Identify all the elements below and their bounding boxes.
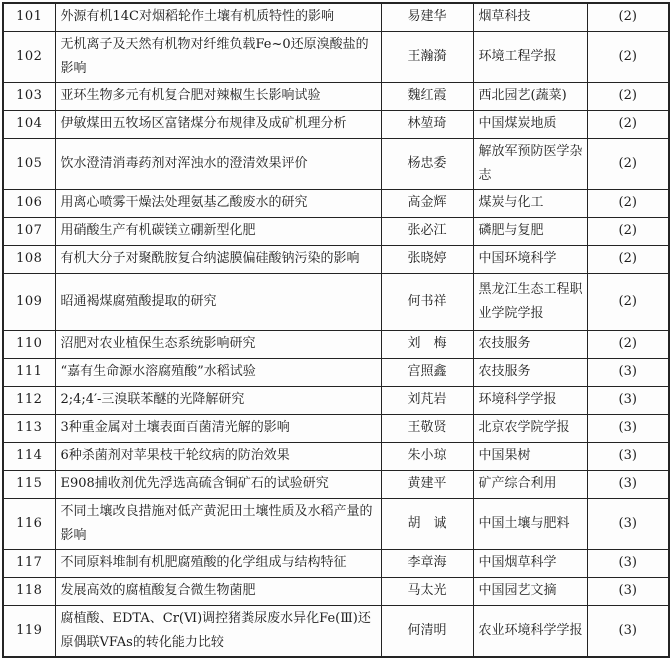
author-cell: 王敬贤 [381,414,473,442]
article-title-cell: 2;4;4′-三溴联苯醚的光降解研究 [55,386,381,414]
citation-count-cell: (3) [587,577,669,605]
author-cell: 李章海 [381,549,473,577]
journal-cell: 中国煤炭地质 [473,110,587,138]
author-cell: 何书祥 [381,273,473,330]
row-number-cell: 106 [3,189,55,217]
table-row: 114 6种杀菌剂对苹果枝干轮纹病的防治效果 朱小琼 中国果树 (3) [3,442,669,470]
row-number-cell: 113 [3,414,55,442]
journal-cell: 中国环境科学 [473,245,587,273]
articles-table-body: 101 外源有机14C对烟稻轮作土壤有机质特性的影响 易建华 烟草科技 (2) … [3,3,669,657]
article-title-cell: 沼肥对农业植保生态系统影响研究 [55,330,381,358]
journal-cell: 环境科学学报 [473,386,587,414]
article-title-cell: “嘉有生命源水溶腐殖酸”水稻试验 [55,358,381,386]
row-number-cell: 111 [3,358,55,386]
journal-cell: 农业环境科学学报 [473,605,587,657]
article-title-cell: 伊敏煤田五牧场区富锗煤分布规律及成矿机理分析 [55,110,381,138]
journal-cell: 黑龙江生态工程职业学院学报 [473,273,587,330]
citation-count-cell: (2) [587,189,669,217]
table-row: 111 “嘉有生命源水溶腐殖酸”水稻试验 宫照鑫 农技服务 (3) [3,358,669,386]
table-row: 101 外源有机14C对烟稻轮作土壤有机质特性的影响 易建华 烟草科技 (2) [3,3,669,31]
row-number-cell: 105 [3,138,55,189]
citation-count-cell: (2) [587,110,669,138]
article-title-cell: 无机离子及天然有机物对纤维负载Fe~0还原溴酸盐的影响 [55,31,381,82]
row-number-cell: 107 [3,217,55,245]
author-cell: 刘 梅 [381,330,473,358]
citation-count-cell: (3) [587,498,669,549]
citation-count-cell: (2) [587,82,669,110]
journal-cell: 农技服务 [473,358,587,386]
row-number-cell: 104 [3,110,55,138]
citation-count-cell: (3) [587,549,669,577]
row-number-cell: 116 [3,498,55,549]
article-title-cell: 用硝酸生产有机碳镁立硼新型化肥 [55,217,381,245]
article-title-cell: E908捕收剂优先浮选高硫含铜矿石的试验研究 [55,470,381,498]
row-number-cell: 118 [3,577,55,605]
article-title-cell: 不同土壤改良措施对低产黄泥田土壤性质及水稻产量的影响 [55,498,381,549]
journal-cell: 烟草科技 [473,3,587,31]
article-title-cell: 腐植酸、EDTA、Cr(Ⅵ)调控猪粪尿废水异化Fe(Ⅲ)还原偶联VFAs的转化能… [55,605,381,657]
author-cell: 易建华 [381,3,473,31]
journal-cell: 矿产综合利用 [473,470,587,498]
author-cell: 黄建平 [381,470,473,498]
row-number-cell: 114 [3,442,55,470]
citation-count-cell: (2) [587,217,669,245]
table-row: 105 饮水澄清消毒药剂对浑浊水的澄清效果评价 杨忠委 解放军预防医学杂志 (2… [3,138,669,189]
table-row: 108 有机大分子对聚酰胺复合纳滤膜偏硅酸钠污染的影响 张晓婷 中国环境科学 (… [3,245,669,273]
journal-cell: 解放军预防医学杂志 [473,138,587,189]
table-row: 109 昭通褐煤腐殖酸提取的研究 何书祥 黑龙江生态工程职业学院学报 (2) [3,273,669,330]
author-cell: 林堃琦 [381,110,473,138]
author-cell: 刘芃岩 [381,386,473,414]
table-row: 112 2;4;4′-三溴联苯醚的光降解研究 刘芃岩 环境科学学报 (3) [3,386,669,414]
article-title-cell: 3种重金属对土壤表面百菌清光解的影响 [55,414,381,442]
article-title-cell: 发展高效的腐植酸复合微生物菌肥 [55,577,381,605]
citation-count-cell: (2) [587,3,669,31]
row-number-cell: 109 [3,273,55,330]
table-row: 102 无机离子及天然有机物对纤维负载Fe~0还原溴酸盐的影响 王瀚漪 环境工程… [3,31,669,82]
article-title-cell: 饮水澄清消毒药剂对浑浊水的澄清效果评价 [55,138,381,189]
citation-count-cell: (3) [587,386,669,414]
article-title-cell: 6种杀菌剂对苹果枝干轮纹病的防治效果 [55,442,381,470]
author-cell: 宫照鑫 [381,358,473,386]
journal-cell: 磷肥与复肥 [473,217,587,245]
journal-cell: 中国园艺文摘 [473,577,587,605]
table-row: 103 亚环生物多元有机复合肥对辣椒生长影响试验 魏红霞 西北园艺(蔬菜) (2… [3,82,669,110]
table-row: 104 伊敏煤田五牧场区富锗煤分布规律及成矿机理分析 林堃琦 中国煤炭地质 (2… [3,110,669,138]
article-title-cell: 有机大分子对聚酰胺复合纳滤膜偏硅酸钠污染的影响 [55,245,381,273]
journal-cell: 环境工程学报 [473,31,587,82]
table-row: 106 用离心喷雾干燥法处理氨基乙酸废水的研究 高金辉 煤炭与化工 (2) [3,189,669,217]
citation-count-cell: (2) [587,245,669,273]
row-number-cell: 117 [3,549,55,577]
author-cell: 何清明 [381,605,473,657]
author-cell: 杨忠委 [381,138,473,189]
journal-cell: 农技服务 [473,330,587,358]
table-row: 113 3种重金属对土壤表面百菌清光解的影响 王敬贤 北京农学院学报 (3) [3,414,669,442]
citation-count-cell: (3) [587,442,669,470]
row-number-cell: 115 [3,470,55,498]
author-cell: 马太光 [381,577,473,605]
author-cell: 张晓婷 [381,245,473,273]
scanned-document-page: 101 外源有机14C对烟稻轮作土壤有机质特性的影响 易建华 烟草科技 (2) … [0,0,670,596]
citation-count-cell: (3) [587,358,669,386]
article-title-cell: 不同原料堆制有机肥腐殖酸的化学组成与结构特征 [55,549,381,577]
author-cell: 朱小琼 [381,442,473,470]
table-row: 110 沼肥对农业植保生态系统影响研究 刘 梅 农技服务 (2) [3,330,669,358]
article-title-cell: 亚环生物多元有机复合肥对辣椒生长影响试验 [55,82,381,110]
citation-count-cell: (3) [587,605,669,657]
table-row: 115 E908捕收剂优先浮选高硫含铜矿石的试验研究 黄建平 矿产综合利用 (3… [3,470,669,498]
journal-cell: 中国土壤与肥料 [473,498,587,549]
article-title-cell: 用离心喷雾干燥法处理氨基乙酸废水的研究 [55,189,381,217]
row-number-cell: 108 [3,245,55,273]
author-cell: 张必江 [381,217,473,245]
author-cell: 魏红霞 [381,82,473,110]
row-number-cell: 119 [3,605,55,657]
citation-count-cell: (2) [587,273,669,330]
journal-cell: 北京农学院学报 [473,414,587,442]
row-number-cell: 101 [3,3,55,31]
journal-cell: 中国果树 [473,442,587,470]
journal-cell: 煤炭与化工 [473,189,587,217]
table-row: 117 不同原料堆制有机肥腐殖酸的化学组成与结构特征 李章海 中国烟草科学 (3… [3,549,669,577]
article-title-cell: 昭通褐煤腐殖酸提取的研究 [55,273,381,330]
author-cell: 高金辉 [381,189,473,217]
citation-count-cell: (2) [587,330,669,358]
citation-count-cell: (2) [587,138,669,189]
table-row: 118 发展高效的腐植酸复合微生物菌肥 马太光 中国园艺文摘 (3) [3,577,669,605]
author-cell: 胡 诚 [381,498,473,549]
row-number-cell: 112 [3,386,55,414]
row-number-cell: 103 [3,82,55,110]
row-number-cell: 110 [3,330,55,358]
table-row: 119 腐植酸、EDTA、Cr(Ⅵ)调控猪粪尿废水异化Fe(Ⅲ)还原偶联VFAs… [3,605,669,657]
articles-citation-table: 101 外源有机14C对烟稻轮作土壤有机质特性的影响 易建华 烟草科技 (2) … [2,2,670,658]
citation-count-cell: (3) [587,414,669,442]
article-title-cell: 外源有机14C对烟稻轮作土壤有机质特性的影响 [55,3,381,31]
journal-cell: 西北园艺(蔬菜) [473,82,587,110]
author-cell: 王瀚漪 [381,31,473,82]
row-number-cell: 102 [3,31,55,82]
citation-count-cell: (3) [587,470,669,498]
citation-count-cell: (2) [587,31,669,82]
journal-cell: 中国烟草科学 [473,549,587,577]
table-row: 116 不同土壤改良措施对低产黄泥田土壤性质及水稻产量的影响 胡 诚 中国土壤与… [3,498,669,549]
table-row: 107 用硝酸生产有机碳镁立硼新型化肥 张必江 磷肥与复肥 (2) [3,217,669,245]
